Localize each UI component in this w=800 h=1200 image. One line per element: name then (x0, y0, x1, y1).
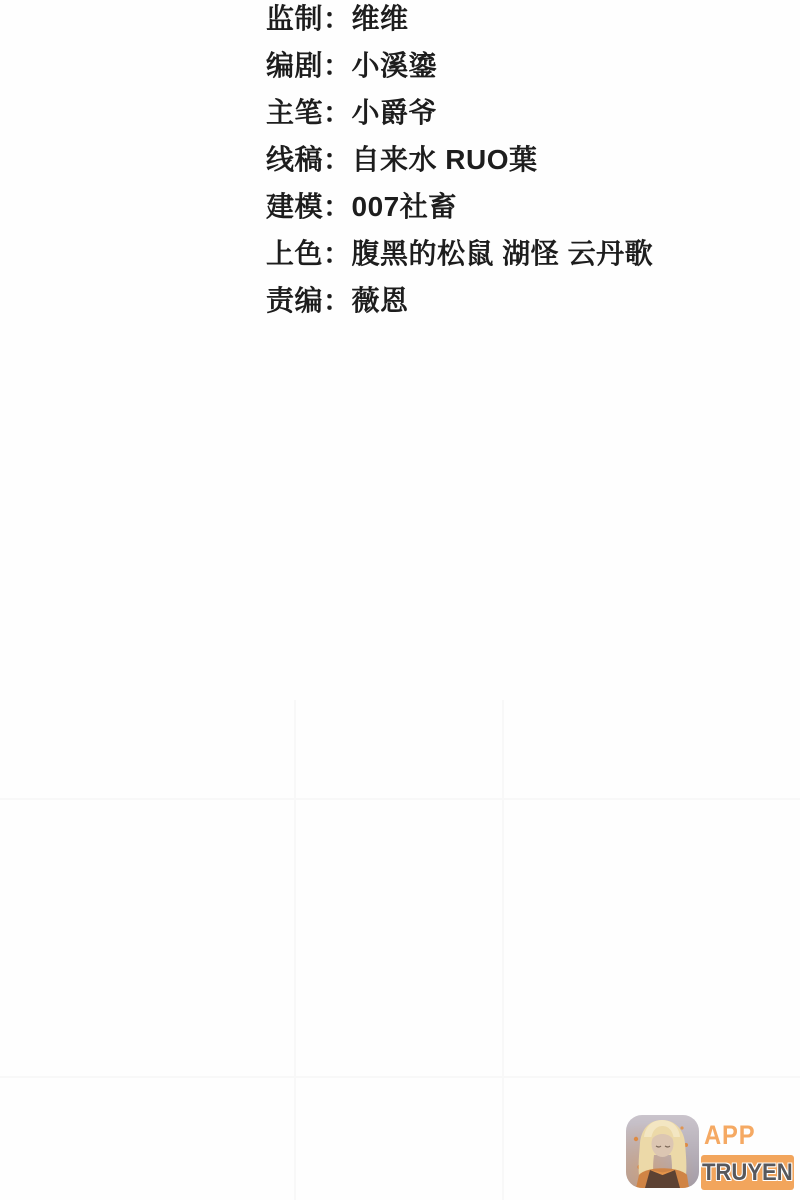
credit-line-modeling: 建模：007社畜 (266, 183, 653, 230)
credit-colon: ： (323, 97, 352, 128)
panel-seam (0, 798, 800, 800)
credit-value: 小爵爷 (352, 97, 438, 128)
app-truyen-watermark: APP TRUYEN (626, 1115, 796, 1193)
panel-seam (0, 1076, 800, 1078)
watermark-truyen-badge: TRUYEN (701, 1155, 794, 1190)
credit-line-coloring: 上色：腹黑的松鼠 湖怪 云丹歌 (266, 230, 653, 277)
credit-label: 主笔 (266, 97, 323, 128)
credit-line-lineart: 线稿：自来水 RUO葉 (266, 136, 653, 183)
credit-value: 小溪鎏 (352, 50, 438, 81)
credit-label: 编剧 (266, 50, 323, 81)
credit-value: 维维 (352, 3, 409, 34)
credit-value: 薇恩 (352, 285, 409, 316)
credit-label: 建模 (266, 191, 323, 222)
credit-value: 腹黑的松鼠 湖怪 云丹歌 (352, 238, 654, 269)
credits-block: 监制：维维 编剧：小溪鎏 主笔：小爵爷 线稿：自来水 RUO葉 建模：007社畜… (266, 0, 653, 324)
credit-label: 监制 (266, 3, 323, 34)
credit-colon: ： (323, 238, 352, 269)
person-reading-book-icon (626, 1115, 699, 1188)
credit-colon: ： (323, 50, 352, 81)
credit-line-lead-artist: 主笔：小爵爷 (266, 89, 653, 136)
credit-line-supervisor: 监制：维维 (266, 0, 653, 42)
watermark-app-text: APP (704, 1120, 756, 1151)
credit-line-screenwriter: 编剧：小溪鎏 (266, 42, 653, 89)
credit-colon: ： (323, 285, 352, 316)
credit-colon: ： (323, 144, 352, 175)
credit-colon: ： (323, 191, 352, 222)
panel-seam (502, 700, 504, 1200)
credit-colon: ： (323, 3, 352, 34)
credit-label: 责编 (266, 285, 323, 316)
credit-value: 007社畜 (352, 191, 457, 222)
credit-label: 线稿 (266, 144, 323, 175)
panel-seam (294, 700, 296, 1200)
credit-line-editor: 责编：薇恩 (266, 277, 653, 324)
credit-value: 自来水 RUO葉 (352, 144, 538, 175)
watermark-truyen-text: TRUYEN (702, 1159, 793, 1187)
app-logo-image (626, 1115, 699, 1188)
credit-label: 上色 (266, 238, 323, 269)
